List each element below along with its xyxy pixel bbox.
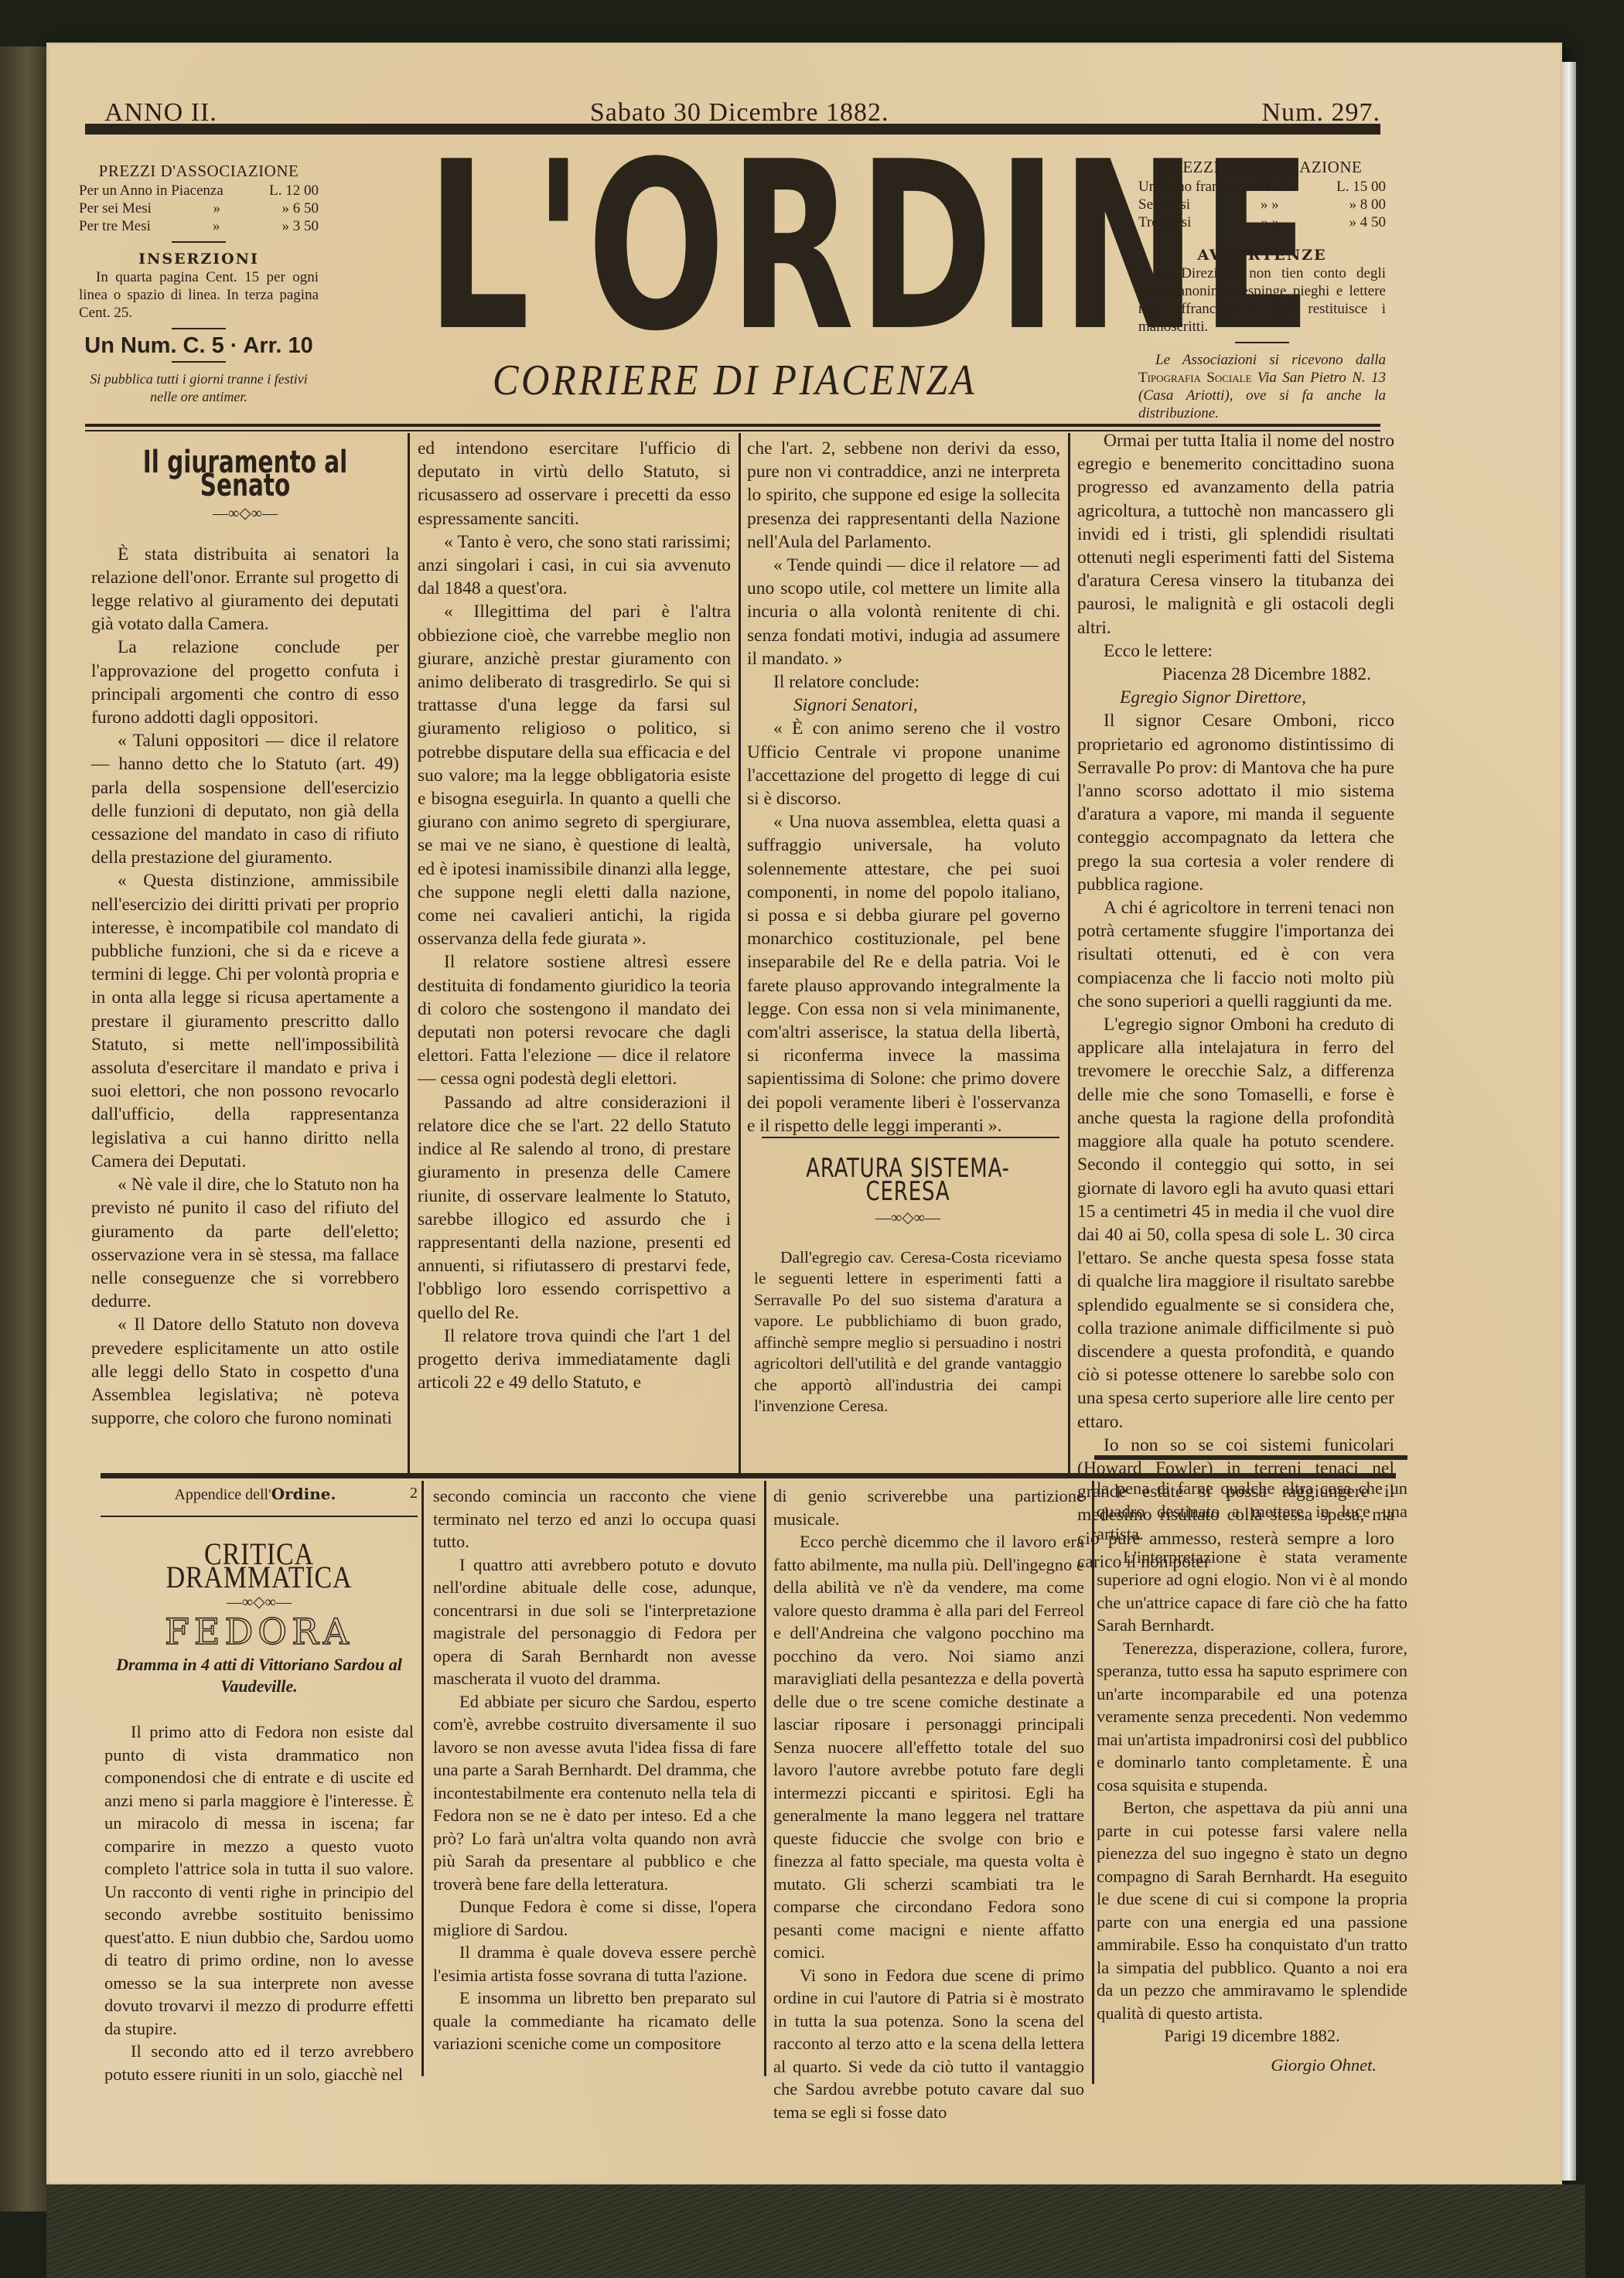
- paragraph: Passando ad altre considerazioni il rela…: [418, 1091, 731, 1325]
- text: Tipografia Sociale: [1138, 370, 1252, 386]
- text: Per tre Mesi: [79, 217, 151, 235]
- paragraph: Signori Senatori,: [747, 694, 1060, 717]
- paragraph: E insomma un libretto ben preparato sul …: [433, 1986, 756, 2055]
- text: Appendice dell': [174, 1486, 271, 1503]
- article-title: ARATURA SISTEMA-CERESA: [777, 1157, 1039, 1203]
- publication-note: Si pubblica tutti i giorni tranne i fest…: [79, 370, 319, 406]
- notice-heading: AVVERTENZE: [1138, 247, 1386, 264]
- section-rule: [762, 1137, 1059, 1138]
- article-giuramento-col2: ed intendono esercitare l'ufficio di dep…: [418, 437, 731, 1394]
- text: » »: [1190, 196, 1349, 213]
- subscription-info: Le Associazioni si ricevono dalla Tipogr…: [1138, 351, 1386, 422]
- appendix-header-rule: [101, 1516, 418, 1517]
- page-edge: [1562, 62, 1576, 2181]
- critica-col3: di genio scriverebbe una partizione musi…: [773, 1485, 1084, 2123]
- price-row: Per un Anno in PiacenzaL. 12 00: [79, 182, 319, 199]
- article-aratura-col4: Ormai per tutta Italia il nome del nostr…: [1077, 429, 1394, 1574]
- divider: [1235, 237, 1289, 239]
- paragraph: ed intendono esercitare l'ufficio di dep…: [418, 437, 731, 530]
- paragraph: « Questa distinzione, ammissibile nell'e…: [91, 869, 399, 1173]
- paragraph: Il relatore conclude:: [747, 670, 1060, 694]
- insertions-text: In quarta pagina Cent. 15 per ogni linea…: [79, 268, 319, 322]
- article-giuramento-col3: che l'art. 2, sebbene non derivi da esso…: [747, 437, 1060, 1137]
- paragraph: L'interpretazione è stata veramente supe…: [1097, 1546, 1407, 1637]
- text: L. 15 00: [1336, 178, 1386, 196]
- paragraph: Dall'egregio cav. Ceresa-Costa riceviamo…: [754, 1247, 1062, 1417]
- column-rule: [1092, 1481, 1094, 2084]
- notice-text: La Direzione non tien conto degli scritt…: [1138, 264, 1386, 336]
- text: Per un Anno in Piacenza: [79, 182, 223, 199]
- single-copy-price: Un Num. C. 5 · Arr. 10: [79, 337, 319, 355]
- paragraph: Ecco le lettere:: [1077, 639, 1394, 663]
- column-rule: [408, 433, 410, 1473]
- paragraph: A chi é agricoltore in terreni tenaci no…: [1077, 896, 1394, 1013]
- text: Per sei Mesi: [79, 199, 152, 217]
- paragraph: « Illegittima del pari è l'altra obbiezi…: [418, 600, 731, 950]
- paragraph: « Tanto è vero, che sono stati rarissimi…: [418, 530, 731, 601]
- column-rule: [764, 1481, 766, 2076]
- column-rule: [1068, 433, 1070, 1473]
- paragraph: « È con animo sereno che il vostro Uffic…: [747, 717, 1060, 810]
- insertions-heading: INSERZIONI: [79, 251, 319, 268]
- paragraph: I quattro atti avrebbero potuto e dovuto…: [433, 1553, 756, 1690]
- paragraph: Il primo atto di Fedora non esiste dal p…: [104, 1720, 414, 2040]
- text: »: [151, 217, 282, 235]
- play-subtitle: Dramma in 4 atti di Vittoriano Sardou al…: [104, 1654, 414, 1697]
- paragraph: che l'art. 2, sebbene non derivi da esso…: [747, 437, 1060, 554]
- paragraph: la pena di farne qualche altra cosa che …: [1097, 1477, 1407, 1546]
- critica-col2: secondo comincia un racconto che viene t…: [433, 1485, 756, 2055]
- paragraph: Berton, che aspettava da più anni una pa…: [1097, 1796, 1407, 2024]
- paragraph: Tenerezza, disperazione, collera, furore…: [1097, 1637, 1407, 1797]
- text: [1296, 178, 1336, 196]
- critica-col1: CRITICA DRAMMATICA —∞◇∞— FEDORA Dramma i…: [104, 1527, 414, 2085]
- text: » 3 50: [282, 217, 319, 235]
- price-row: Per sei Mesi»» 6 50: [79, 199, 319, 217]
- price-row: Per tre Mesi»» 3 50: [79, 217, 319, 235]
- paragraph: L'egregio signor Omboni ha creduto di ap…: [1077, 1013, 1394, 1434]
- divider: [172, 328, 226, 329]
- ornament-divider: —∞◇∞—: [91, 502, 399, 525]
- divider: [172, 361, 226, 363]
- text: Le Associazioni si ricevono dalla: [1155, 352, 1386, 368]
- text: » 6 50: [282, 199, 319, 217]
- text: » 4 50: [1349, 213, 1387, 231]
- left-pricing-box: PREZZI D'ASSOCIAZIONE Per un Anno in Pia…: [79, 162, 319, 406]
- paragraph: Ormai per tutta Italia il nome del nostr…: [1077, 429, 1394, 639]
- text: » 8 00: [1349, 196, 1387, 213]
- paragraph: Ecco perchè dicemmo che il lavoro era fa…: [773, 1530, 1084, 1964]
- article-giuramento-col1: Il giuramento al Senato —∞◇∞— È stata di…: [91, 437, 399, 1430]
- section-title: CRITICA DRAMMATICA: [128, 1543, 391, 1588]
- article-title: Il giuramento al Senato: [119, 451, 371, 497]
- price-row: Sei Mesi» »» 8 00: [1138, 196, 1386, 213]
- divider: [1235, 342, 1289, 343]
- dateline: Parigi 19 dicembre 1882.: [1097, 2024, 1407, 2048]
- appendix-header: Appendice dell'Ordine. 2: [101, 1485, 418, 1504]
- right-pricing-box: PREZZI D'ASSOCIAZIONE Un Anno franco per…: [1138, 159, 1386, 422]
- text: [223, 182, 269, 199]
- paragraph: Vi sono in Fedora due scene di primo ord…: [773, 1964, 1084, 2124]
- paragraph: di genio scriverebbe una partizione musi…: [773, 1485, 1084, 1530]
- paragraph: Il secondo atto ed il terzo avrebbero po…: [104, 2040, 414, 2085]
- text: »: [152, 199, 282, 217]
- paragraph: Il dramma è quale doveva essere perchè l…: [433, 1941, 756, 1986]
- masthead-bottom-rule: [85, 424, 1380, 427]
- price-row: Un Anno franco per l'ItaliaL. 15 00: [1138, 178, 1386, 196]
- masthead-title: L'ORDINE: [426, 147, 1035, 348]
- paragraph: Egregio Signor Direttore,: [1077, 686, 1394, 709]
- paragraph: Il relatore trova quindi che l'art 1 del…: [418, 1325, 731, 1395]
- right-pricing-title: PREZZI D'ASSOCIAZIONE: [1138, 159, 1386, 176]
- text: Tre Mesi: [1138, 213, 1191, 231]
- column-end-rule: [1094, 1455, 1407, 1460]
- paragraph: « Taluni oppositori — dice il relatore —…: [91, 729, 399, 869]
- paragraph: Ed abbiate per sicuro che Sardou, espert…: [433, 1690, 756, 1896]
- divider: [172, 241, 226, 243]
- article-aratura-intro: ARATURA SISTEMA-CERESA —∞◇∞— Dall'egregi…: [754, 1143, 1062, 1417]
- play-title: FEDORA: [104, 1621, 414, 1644]
- masthead-subtitle: CORRIERE DI PIACENZA: [470, 356, 999, 405]
- text: Sei Mesi: [1138, 196, 1190, 213]
- left-pricing-title: PREZZI D'ASSOCIAZIONE: [79, 162, 319, 180]
- paragraph: Il relatore sostiene altresì essere dest…: [418, 950, 731, 1090]
- column-rule: [421, 1481, 424, 2076]
- paragraph: « Una nuova assemblea, eletta quasi a su…: [747, 810, 1060, 1137]
- paragraph: Piacenza 28 Dicembre 1882.: [1077, 663, 1394, 686]
- text: » »: [1191, 213, 1349, 231]
- ornament-divider: —∞◇∞—: [754, 1206, 1062, 1229]
- paragraph: « Nè vale il dire, che lo Statuto non ha…: [91, 1173, 399, 1313]
- price-row: Tre Mesi» »» 4 50: [1138, 213, 1386, 231]
- author-signature: Giorgio Ohnet.: [1097, 2054, 1407, 2077]
- paragraph: È stata distribuita ai senatori la relaz…: [91, 543, 399, 636]
- paragraph: « Il Datore dello Statuto non doveva pre…: [91, 1313, 399, 1430]
- critica-col4: la pena di farne qualche altra cosa che …: [1097, 1477, 1407, 2076]
- paragraph: Il signor Cesare Omboni, ricco proprieta…: [1077, 709, 1394, 896]
- paragraph: « Tende quindi — dice il relatore — ad u…: [747, 554, 1060, 670]
- column-rule: [739, 433, 741, 1473]
- paragraph: La relazione conclude per l'approvazione…: [91, 636, 399, 729]
- text: Un Anno franco per l'Italia: [1138, 178, 1296, 196]
- appendix-number: 2: [410, 1485, 418, 1504]
- paragraph: secondo comincia un racconto che viene t…: [433, 1485, 756, 1553]
- binding-cloth: [46, 2184, 1585, 2278]
- text: L. 12 00: [269, 182, 319, 199]
- paragraph: Dunque Fedora è come si disse, l'opera m…: [433, 1895, 756, 1941]
